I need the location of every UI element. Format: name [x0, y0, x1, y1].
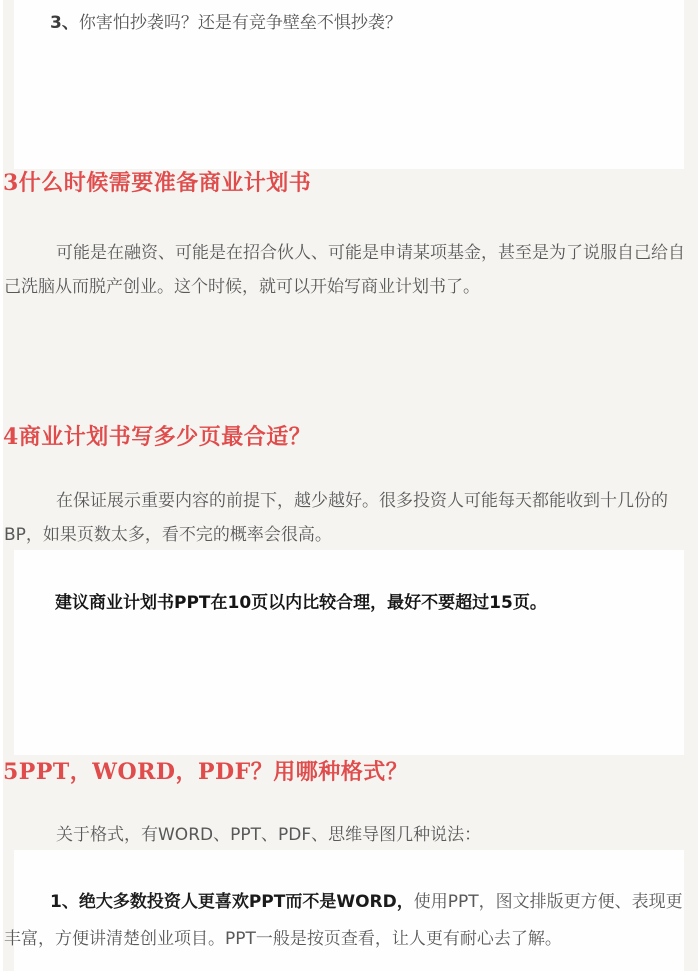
paragraph-format-item-1: 1、绝大多数投资人更喜欢PPT而不是WORD，使用PPT，图文排版更方便、表现更…: [4, 884, 694, 958]
paragraph-format-intro: 关于格式，有WORD、PPT、PDF、思维导图几种说法：: [4, 818, 694, 852]
page-edge-strip: [0, 0, 3, 971]
list-item-3-marker: 3、: [50, 13, 79, 33]
section-heading-when-to-prepare: 3什么时候需要准备商业计划书: [3, 169, 311, 197]
article-page: 3、你害怕抄袭吗？还是有竞争壁垒不惧抄袭？ 3什么时候需要准备商业计划书 可能是…: [0, 0, 698, 971]
list-item-3: 3、你害怕抄袭吗？还是有竞争壁垒不惧抄袭？: [50, 11, 670, 35]
section-heading-page-count: 4商业计划书写多少页最合适？: [3, 423, 311, 451]
tip-page-count-bold: 建议商业计划书PPT在10页以内比较合理，最好不要超过15页。: [55, 586, 655, 620]
section-heading-format: 5PPT，WORD，PDF？用哪种格式？: [3, 758, 408, 786]
paragraph-page-count: 在保证展示重要内容的前提下，越少越好。很多投资人可能每天都能收到十几份的BP，如…: [4, 484, 694, 552]
format-item-1-bold: 1、绝大多数投资人更喜欢PPT而不是WORD，: [50, 892, 414, 912]
paragraph-when-to-prepare: 可能是在融资、可能是在招合伙人、可能是申请某项基金，甚至是为了说服自己给自己洗脑…: [4, 236, 694, 304]
content-panel-middle: [14, 550, 684, 755]
list-item-3-text: 你害怕抄袭吗？还是有竞争壁垒不惧抄袭？: [79, 13, 402, 33]
